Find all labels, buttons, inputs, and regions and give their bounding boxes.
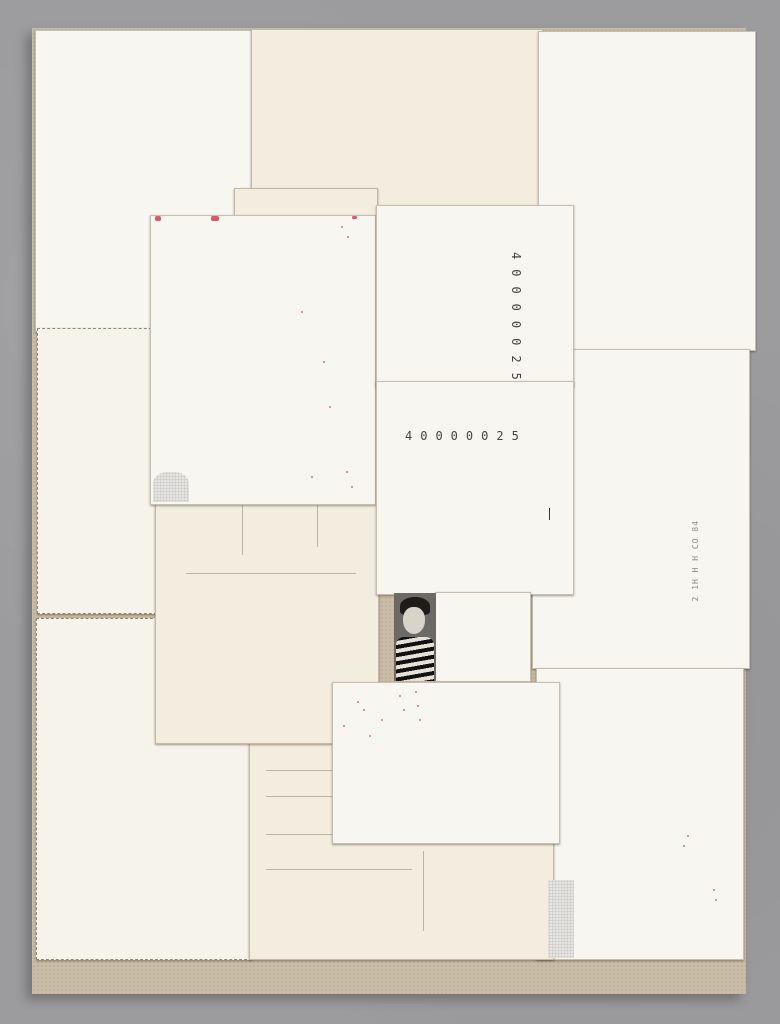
red-mark [155, 216, 161, 221]
red-mark [347, 236, 349, 238]
postcard-address-line [266, 834, 332, 835]
red-mark [381, 719, 383, 721]
portrait-striped-sweater [396, 637, 434, 681]
photo-back-serial-horizontal: 40000025 [376, 381, 574, 595]
red-mark [352, 216, 357, 219]
serial-number-horizontal: 40000025 [405, 429, 527, 443]
red-mark [419, 719, 421, 721]
red-mark [351, 486, 353, 488]
red-mark [715, 899, 717, 901]
red-mark [417, 705, 419, 707]
red-mark [363, 709, 365, 711]
photo-back-left-middle [37, 328, 157, 614]
stamp-code-text: 2 1H H H CO 84 [691, 520, 700, 601]
red-mark [211, 216, 219, 221]
red-mark [713, 889, 715, 891]
photo-back-serial-vertical: 40000025 [376, 205, 574, 387]
serial-number-vertical: 40000025 [509, 252, 523, 390]
photo-back-small [435, 592, 531, 682]
red-mark [301, 311, 303, 313]
ink-dash-mark [549, 508, 550, 520]
postcard-address-line [266, 869, 412, 870]
red-mark [341, 226, 343, 228]
postcard-address-line [266, 796, 332, 797]
red-mark [343, 725, 345, 727]
red-mark [683, 845, 685, 847]
boy-portrait-photo [394, 593, 436, 681]
postcard-address-line [186, 573, 356, 574]
postcard-divider-line [317, 503, 318, 547]
postcard-divider-line [242, 503, 243, 555]
red-mark [323, 361, 325, 363]
red-mark [357, 701, 359, 703]
portrait-face [403, 607, 425, 634]
red-mark [329, 406, 331, 408]
red-mark [403, 709, 405, 711]
red-mark [687, 835, 689, 837]
photo-back-red-marked [150, 215, 376, 505]
red-mark [346, 471, 348, 473]
postcard-address-line [266, 770, 332, 771]
torn-paper-patch [548, 880, 574, 958]
red-mark [415, 691, 417, 693]
red-mark [399, 695, 401, 697]
torn-paper-patch [153, 472, 189, 502]
photo-back-top-center [251, 29, 543, 211]
photo-back-foreground [332, 682, 560, 844]
red-mark [311, 476, 313, 478]
postcard-divider-line [423, 851, 424, 931]
red-mark [369, 735, 371, 737]
